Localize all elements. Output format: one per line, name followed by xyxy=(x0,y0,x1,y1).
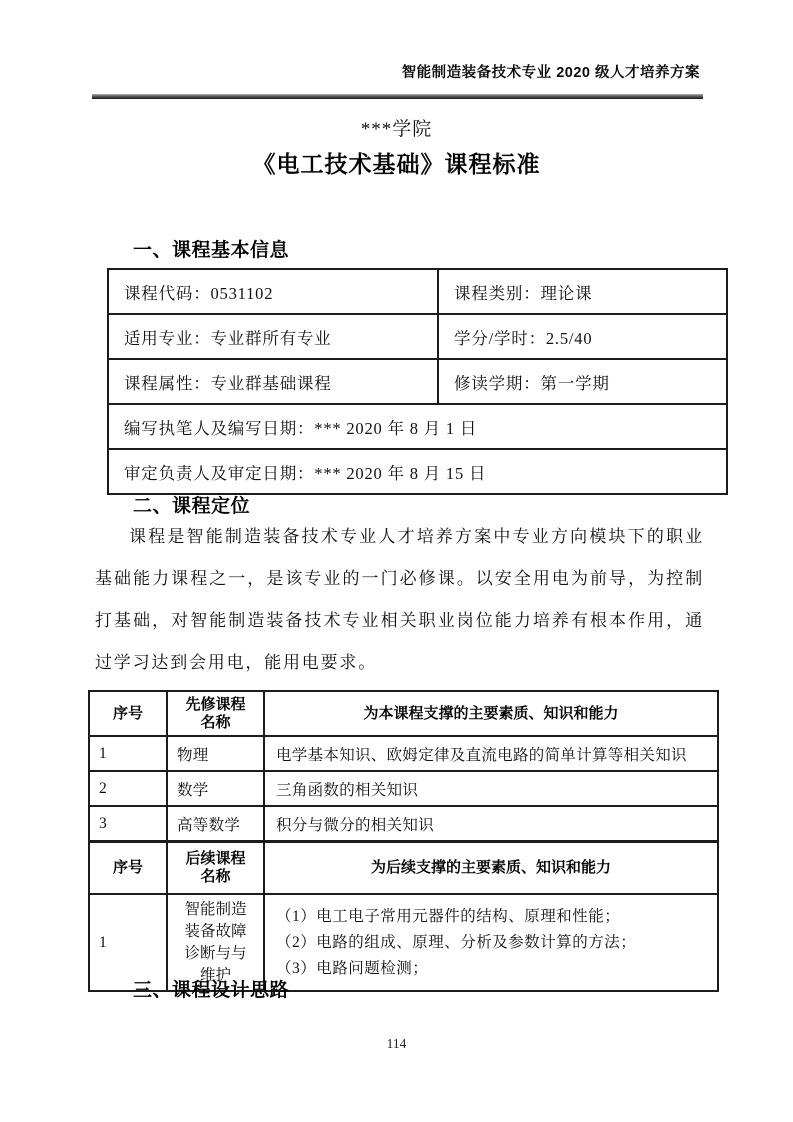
prereq-row-desc: 积分与微分的相关知识 xyxy=(264,806,718,842)
study-semester-cell: 修读学期：第一学期 xyxy=(438,359,727,404)
section-heading-course-design: 三、课程设计思路 xyxy=(133,975,289,1002)
prereq-row-no: 1 xyxy=(89,736,167,771)
prereq-row-name: 数学 xyxy=(167,771,264,806)
prereq-row-name: 物理 xyxy=(167,736,264,771)
followup-row-desc: （1）电工电子常用元器件的结构、原理和性能； （2）电路的组成、原理、分析及参数… xyxy=(264,894,718,991)
followup-header-row: 序号 后续课程 名称 为后续支撑的主要素质、知识和能力 xyxy=(89,842,718,895)
document-title: 《电工技术基础》课程标准 xyxy=(0,146,793,179)
course-type-cell: 课程类别：理论课 xyxy=(438,269,727,314)
prereq-row-name: 高等数学 xyxy=(167,806,264,842)
course-info-table: 课程代码：0531102 课程类别：理论课 适用专业：专业群所有专业 学分/学时… xyxy=(107,268,728,495)
section-heading-basic-info: 一、课程基本信息 xyxy=(133,235,289,262)
table-row: 课程属性：专业群基础课程 修读学期：第一学期 xyxy=(108,359,727,404)
table-row: 课程代码：0531102 课程类别：理论课 xyxy=(108,269,727,314)
institution-title: ***学院 xyxy=(0,114,793,141)
prereq-header-name-cell: 先修课程 名称 xyxy=(167,691,264,736)
prereq-row-no: 3 xyxy=(89,806,167,842)
prereq-row: 1 物理 电学基本知识、欧姆定律及直流电路的简单计算等相关知识 xyxy=(89,736,718,771)
course-attribute-cell: 课程属性：专业群基础课程 xyxy=(108,359,438,404)
prereq-header-no-cell: 序号 xyxy=(89,691,167,736)
header-rule-divider xyxy=(92,94,703,99)
followup-header-desc-cell: 为后续支撑的主要素质、知识和能力 xyxy=(264,842,718,895)
table-row: 适用专业：专业群所有专业 学分/学时：2.5/40 xyxy=(108,314,727,359)
prereq-header-row: 序号 先修课程 名称 为本课程支撑的主要素质、知识和能力 xyxy=(89,691,718,736)
prereq-row-desc: 电学基本知识、欧姆定律及直流电路的简单计算等相关知识 xyxy=(264,736,718,771)
related-courses-table: 序号 先修课程 名称 为本课程支撑的主要素质、知识和能力 1 物理 电学基本知识… xyxy=(88,690,719,992)
prereq-row: 3 高等数学 积分与微分的相关知识 xyxy=(89,806,718,842)
applicable-majors-cell: 适用专业：专业群所有专业 xyxy=(108,314,438,359)
table-row: 审定负责人及审定日期：*** 2020 年 8 月 15 日 xyxy=(108,449,727,494)
table-row: 编写执笔人及编写日期：*** 2020 年 8 月 1 日 xyxy=(108,404,727,449)
page-number: 114 xyxy=(0,1036,793,1052)
credits-hours-cell: 学分/学时：2.5/40 xyxy=(438,314,727,359)
section-heading-course-positioning: 二、课程定位 xyxy=(133,491,250,518)
followup-header-name-cell: 后续课程 名称 xyxy=(167,842,264,895)
followup-header-no-cell: 序号 xyxy=(89,842,167,895)
prereq-row-no: 2 xyxy=(89,771,167,806)
reviewer-date-cell: 审定负责人及审定日期：*** 2020 年 8 月 15 日 xyxy=(108,449,727,494)
author-date-cell: 编写执笔人及编写日期：*** 2020 年 8 月 1 日 xyxy=(108,404,727,449)
course-positioning-paragraph: 课程是智能制造装备技术专业人才培养方案中专业方向模块下的职业基础能力课程之一，是… xyxy=(95,516,704,684)
running-header-text: 智能制造装备技术专业 2020 级人才培养方案 xyxy=(402,65,700,81)
running-header: 智能制造装备技术专业 2020 级人才培养方案 xyxy=(402,61,700,82)
prereq-row: 2 数学 三角函数的相关知识 xyxy=(89,771,718,806)
document-page: 智能制造装备技术专业 2020 级人才培养方案 ***学院 《电工技术基础》课程… xyxy=(0,0,793,1122)
prereq-row-desc: 三角函数的相关知识 xyxy=(264,771,718,806)
course-code-cell: 课程代码：0531102 xyxy=(108,269,438,314)
prereq-header-desc-cell: 为本课程支撑的主要素质、知识和能力 xyxy=(264,691,718,736)
